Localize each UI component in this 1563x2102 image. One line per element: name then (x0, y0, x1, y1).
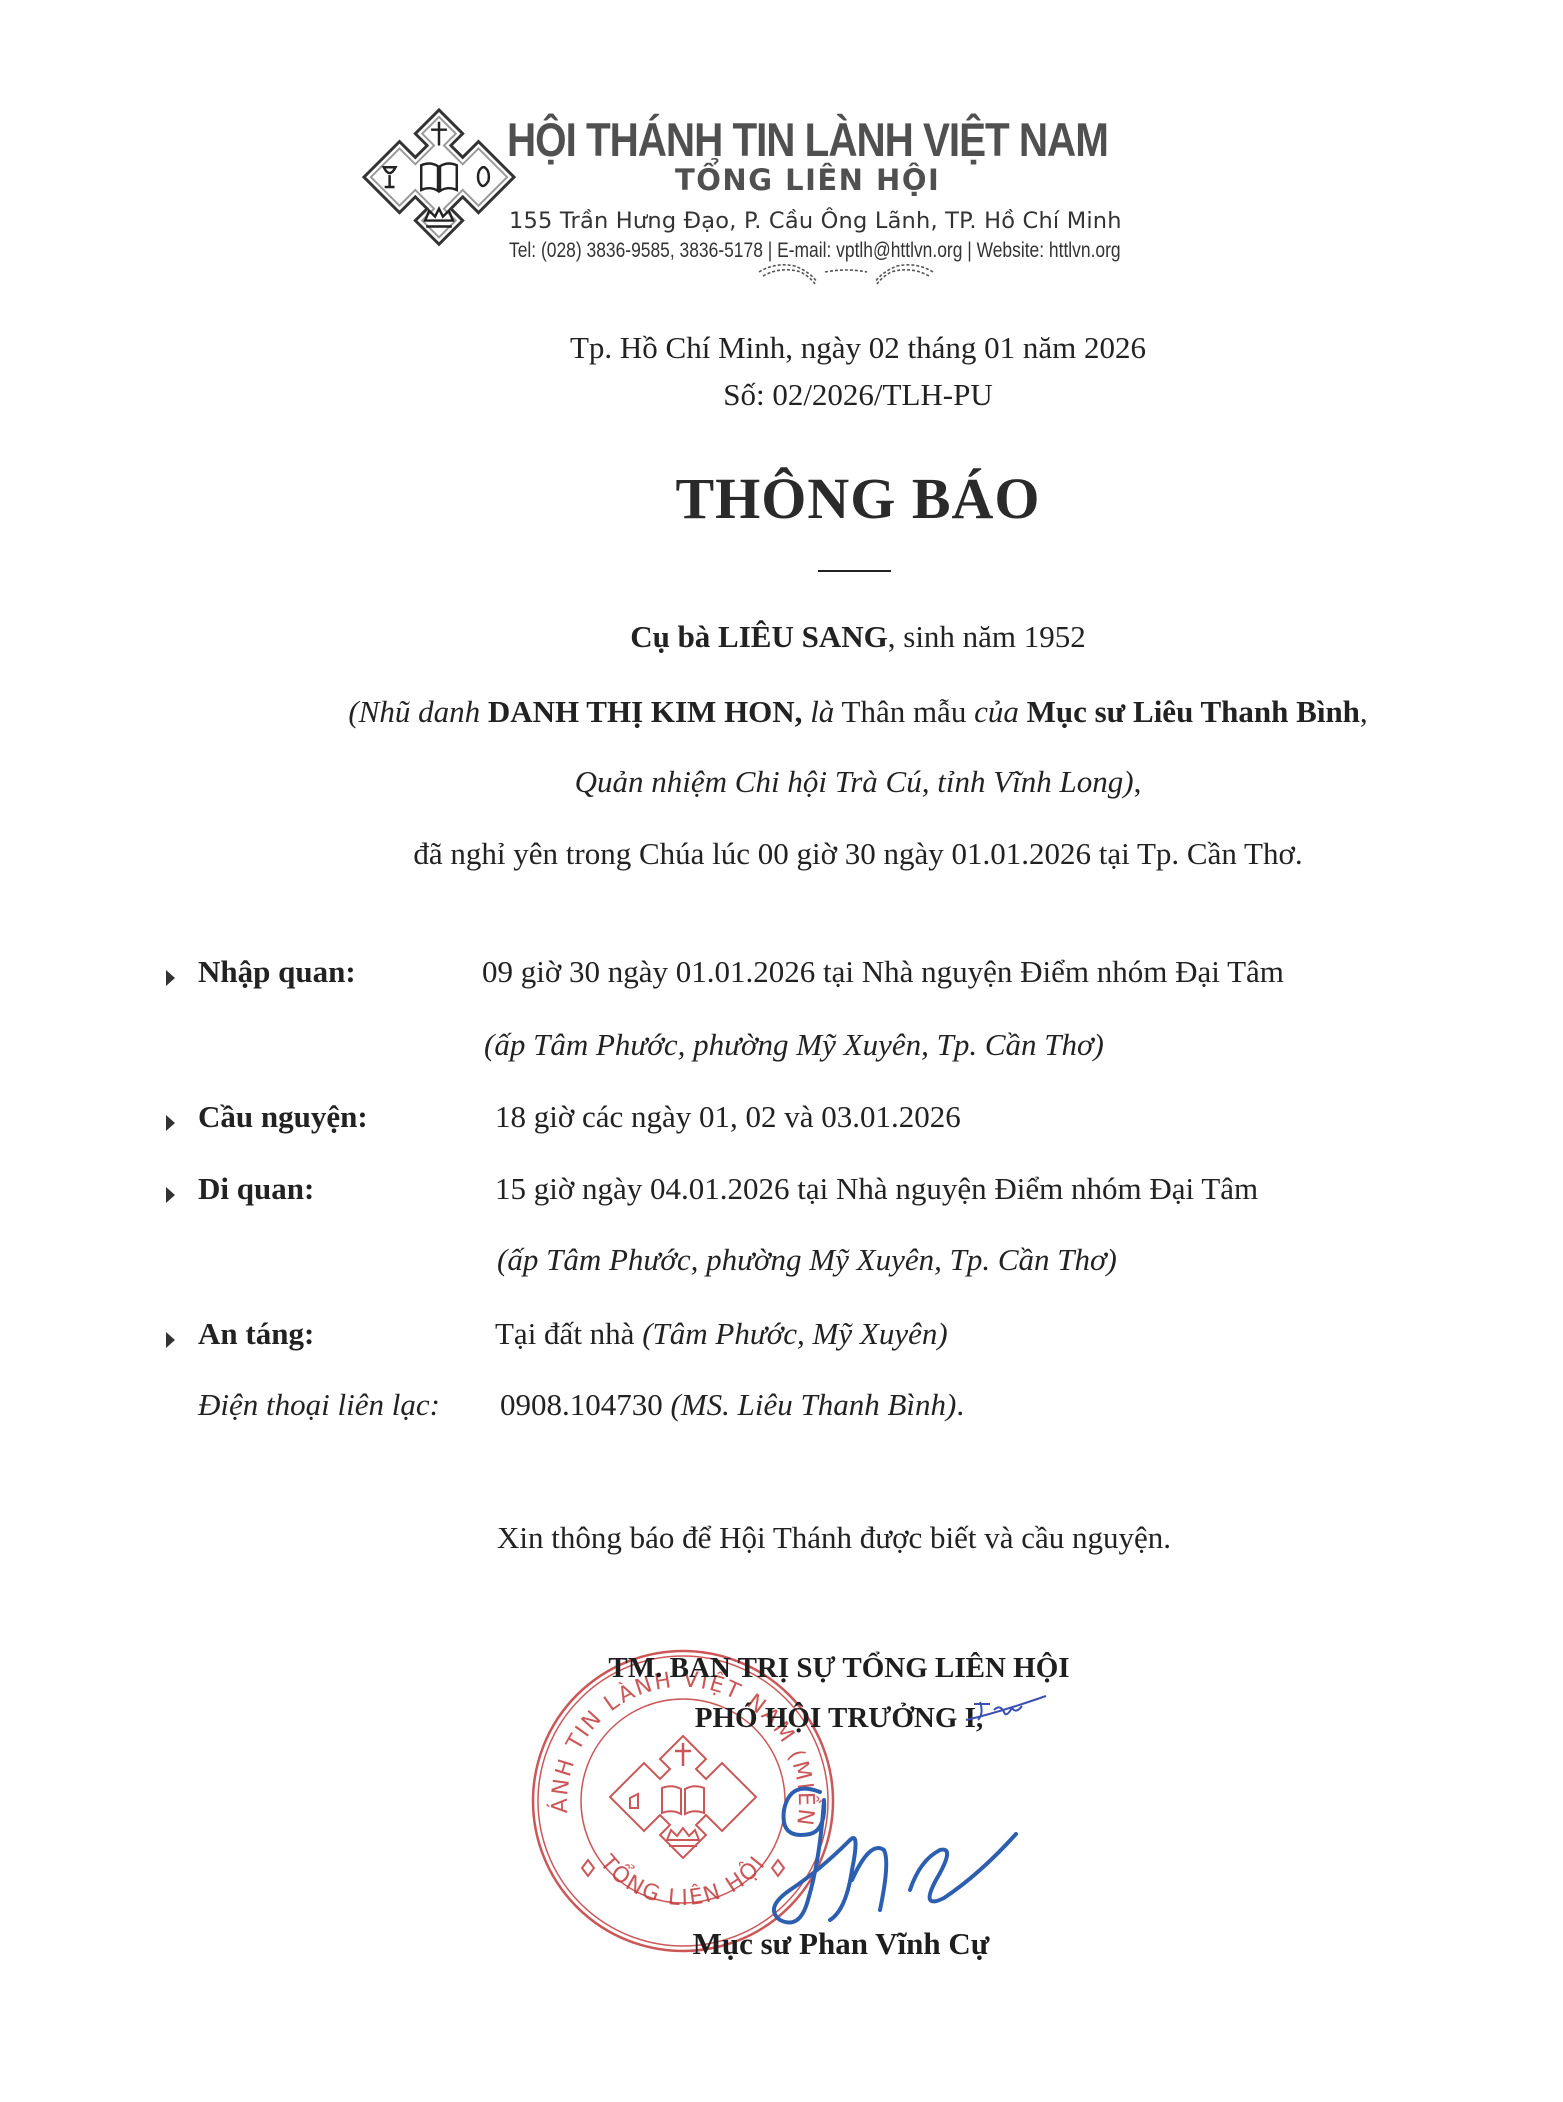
church-emblem-logo-icon (360, 106, 518, 264)
bullet-arrow-icon (166, 1187, 175, 1203)
contact-label: Điện thoại liên lạc: (198, 1385, 440, 1425)
relation: Thân mẫu (834, 694, 974, 729)
comma: , (1360, 694, 1368, 729)
document-title: THÔNG BÁO (0, 466, 1563, 532)
signer-name: Mục sư Phan Vĩnh Cự (0, 1924, 1563, 1964)
announcement-line-4: đã nghỉ yên trong Chúa lúc 00 giờ 30 ngà… (0, 834, 1563, 874)
pastor-church: Quản nhiệm Chi hội Trà Cú, tỉnh Vĩnh Lon… (575, 764, 1134, 799)
signature-on-behalf: TM. BAN TRỊ SỰ TỔNG LIÊN HỘI (0, 1648, 1563, 1688)
svg-text:TỔNG LIÊN HỘI: TỔNG LIÊN HỘI (594, 1850, 771, 1911)
detail-label: Nhập quan: (198, 952, 356, 992)
announcement-line-2: (Nhũ danh DANH THỊ KIM HON, là Thân mẫu … (0, 692, 1563, 732)
period: . (956, 1387, 964, 1422)
relation-word: là (802, 694, 834, 729)
organization-division: TỔNG LIÊN HỘI (675, 164, 940, 196)
announcement-line-1: Cụ bà LIÊU SANG, sinh năm 1952 (0, 617, 1563, 657)
document-date: Tp. Hồ Chí Minh, ngày 02 tháng 01 năm 20… (0, 328, 1563, 368)
burial-place: Tại đất nhà (495, 1316, 634, 1351)
closing-statement: Xin thông báo để Hội Thánh được biết và … (497, 1518, 1171, 1558)
detail-label: Di quan: (198, 1169, 314, 1209)
detail-label: An táng: (198, 1314, 314, 1354)
detail-value: 15 giờ ngày 04.01.2026 tại Nhà nguyện Đi… (495, 1169, 1258, 1209)
detail-label: Cầu nguyện: (198, 1097, 368, 1137)
detail-value: 09 giờ 30 ngày 01.01.2026 tại Nhà nguyện… (482, 952, 1284, 992)
contact-person: (MS. Liêu Thanh Bình) (663, 1387, 957, 1422)
document-reference-number: Số: 02/2026/TLH-PU (0, 375, 1563, 415)
detail-note: (ấp Tâm Phước, phường Mỹ Xuyên, Tp. Cần … (484, 1025, 1104, 1065)
pastor-name: Mục sư Liêu Thanh Bình (1019, 694, 1360, 729)
comma: , (1134, 764, 1142, 799)
burial-location: (Tâm Phước, Mỹ Xuyên) (634, 1316, 947, 1351)
title-divider (818, 570, 891, 572)
birth-year: , sinh năm 1952 (888, 619, 1086, 654)
deceased-name: Cụ bà LIÊU SANG (630, 619, 888, 654)
maiden-name: DANH THỊ KIM HON, (480, 694, 802, 729)
organization-address: 155 Trần Hưng Đạo, P. Cầu Ông Lãnh, TP. … (509, 206, 1122, 236)
detail-value: 18 giờ các ngày 01, 02 và 03.01.2026 (495, 1097, 961, 1137)
detail-note: (ấp Tâm Phước, phường Mỹ Xuyên, Tp. Cần … (497, 1240, 1117, 1280)
handwritten-signature-icon (760, 1770, 1020, 1940)
bullet-arrow-icon (166, 970, 175, 986)
signature-position: PHÓ HỘI TRƯỞNG I, (0, 1698, 1563, 1738)
contact-value: 0908.104730 (MS. Liêu Thanh Bình). (500, 1385, 964, 1425)
announcement-line-3: Quản nhiệm Chi hội Trà Cú, tỉnh Vĩnh Lon… (0, 762, 1563, 802)
organization-name: HỘI THÁNH TIN LÀNH VIỆT NAM (507, 113, 1195, 167)
detail-value: Tại đất nhà (Tâm Phước, Mỹ Xuyên) (495, 1314, 948, 1354)
bullet-arrow-icon (166, 1332, 175, 1348)
ornament-divider-icon (755, 260, 937, 288)
relation-of: của (974, 694, 1019, 729)
initial-mark-icon (960, 1690, 1050, 1730)
maiden-name-label: (Nhũ danh (348, 694, 480, 729)
contact-phone: 0908.104730 (500, 1387, 663, 1422)
bullet-arrow-icon (166, 1115, 175, 1131)
